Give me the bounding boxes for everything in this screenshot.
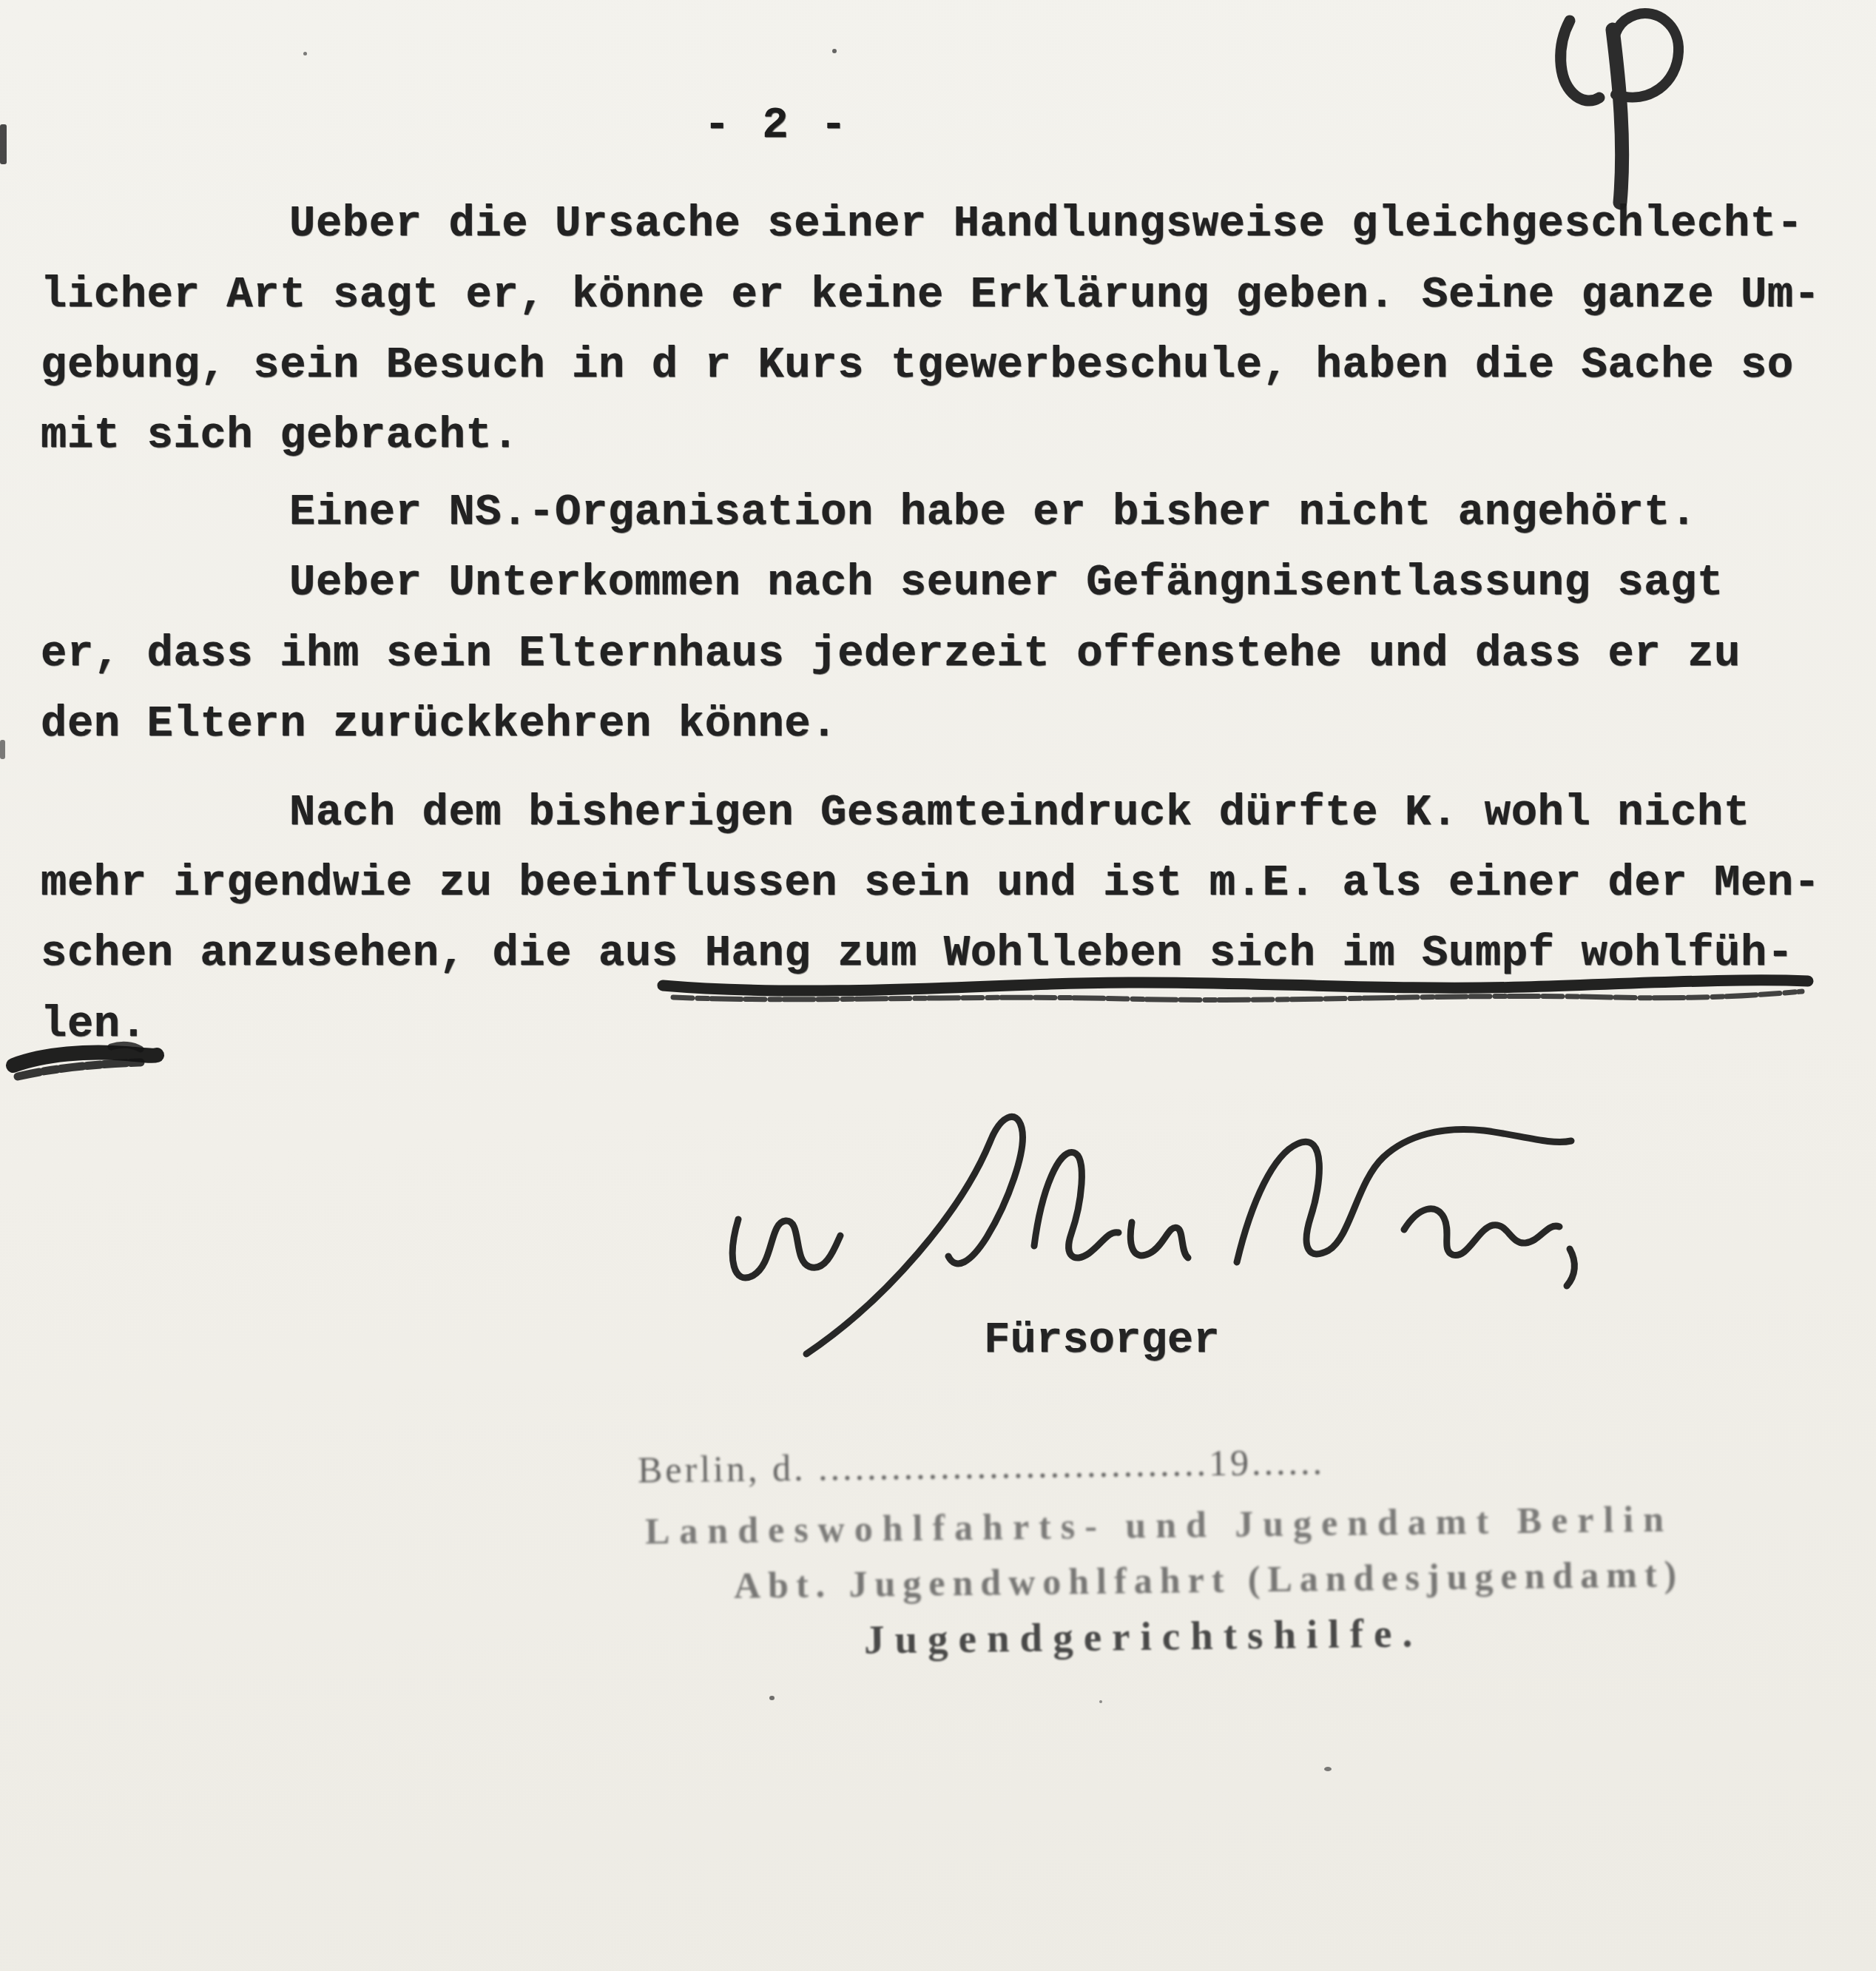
page-number: - 2 - [669, 101, 884, 150]
typewritten-line: Einer NS.-Organisation habe er bisher ni… [41, 490, 1876, 536]
paper-speck [1324, 1767, 1332, 1771]
stamp-office-line: Landeswohlfahrts- und Jugendamt Berlin [645, 1497, 1674, 1553]
typewritten-line: mit sich gebracht. [41, 413, 1838, 459]
typewritten-line: licher Art sagt er, könne er keine Erklä… [41, 272, 1838, 318]
scanned-document-page: - 2 - Ueber die Ursache seiner Handlungs… [0, 0, 1876, 1971]
paper-speck [769, 1696, 775, 1700]
paper-speck [832, 49, 837, 53]
handwritten-psi-mark [1561, 13, 1678, 203]
typewritten-line: Nach dem bisherigen Gesamteindruck dürft… [41, 790, 1876, 836]
typewritten-line: len. [41, 1002, 1838, 1048]
typewritten-line: Ueber Unterkommen nach seuner Gefängnise… [41, 560, 1876, 606]
paper-speck [303, 52, 307, 55]
typewritten-line: Ueber die Ursache seiner Handlungsweise … [41, 201, 1876, 247]
stamp-dept-line: Abt. Jugendwohlfahrt (Landesjugendamt) [734, 1552, 1684, 1607]
typewritten-line: gebung, sein Besuch in d r Kurs tgewerbe… [41, 343, 1838, 388]
typewritten-line: er, dass ihm sein Elternhaus jederzeit o… [41, 631, 1838, 677]
scan-edge-mark [0, 124, 7, 164]
pen-underline-len [13, 1045, 157, 1077]
scan-edge-mark [0, 740, 5, 759]
signer-title: Fürsorger [984, 1315, 1220, 1365]
paper-speck [1099, 1700, 1102, 1703]
typewritten-line: den Eltern zurückkehren könne. [41, 701, 1838, 747]
typewritten-line: mehr irgendwie zu beeinflussen sein und … [41, 860, 1838, 906]
stamp-unit-line: Jugendgerichtshilfe. [864, 1609, 1423, 1662]
pen-underline-wohlleben [663, 980, 1808, 1000]
typewritten-line: schen anzusehen, die aus Hang zum Wohlle… [41, 931, 1838, 977]
stamp-date-line: Berlin, d. .............................… [638, 1440, 1326, 1491]
